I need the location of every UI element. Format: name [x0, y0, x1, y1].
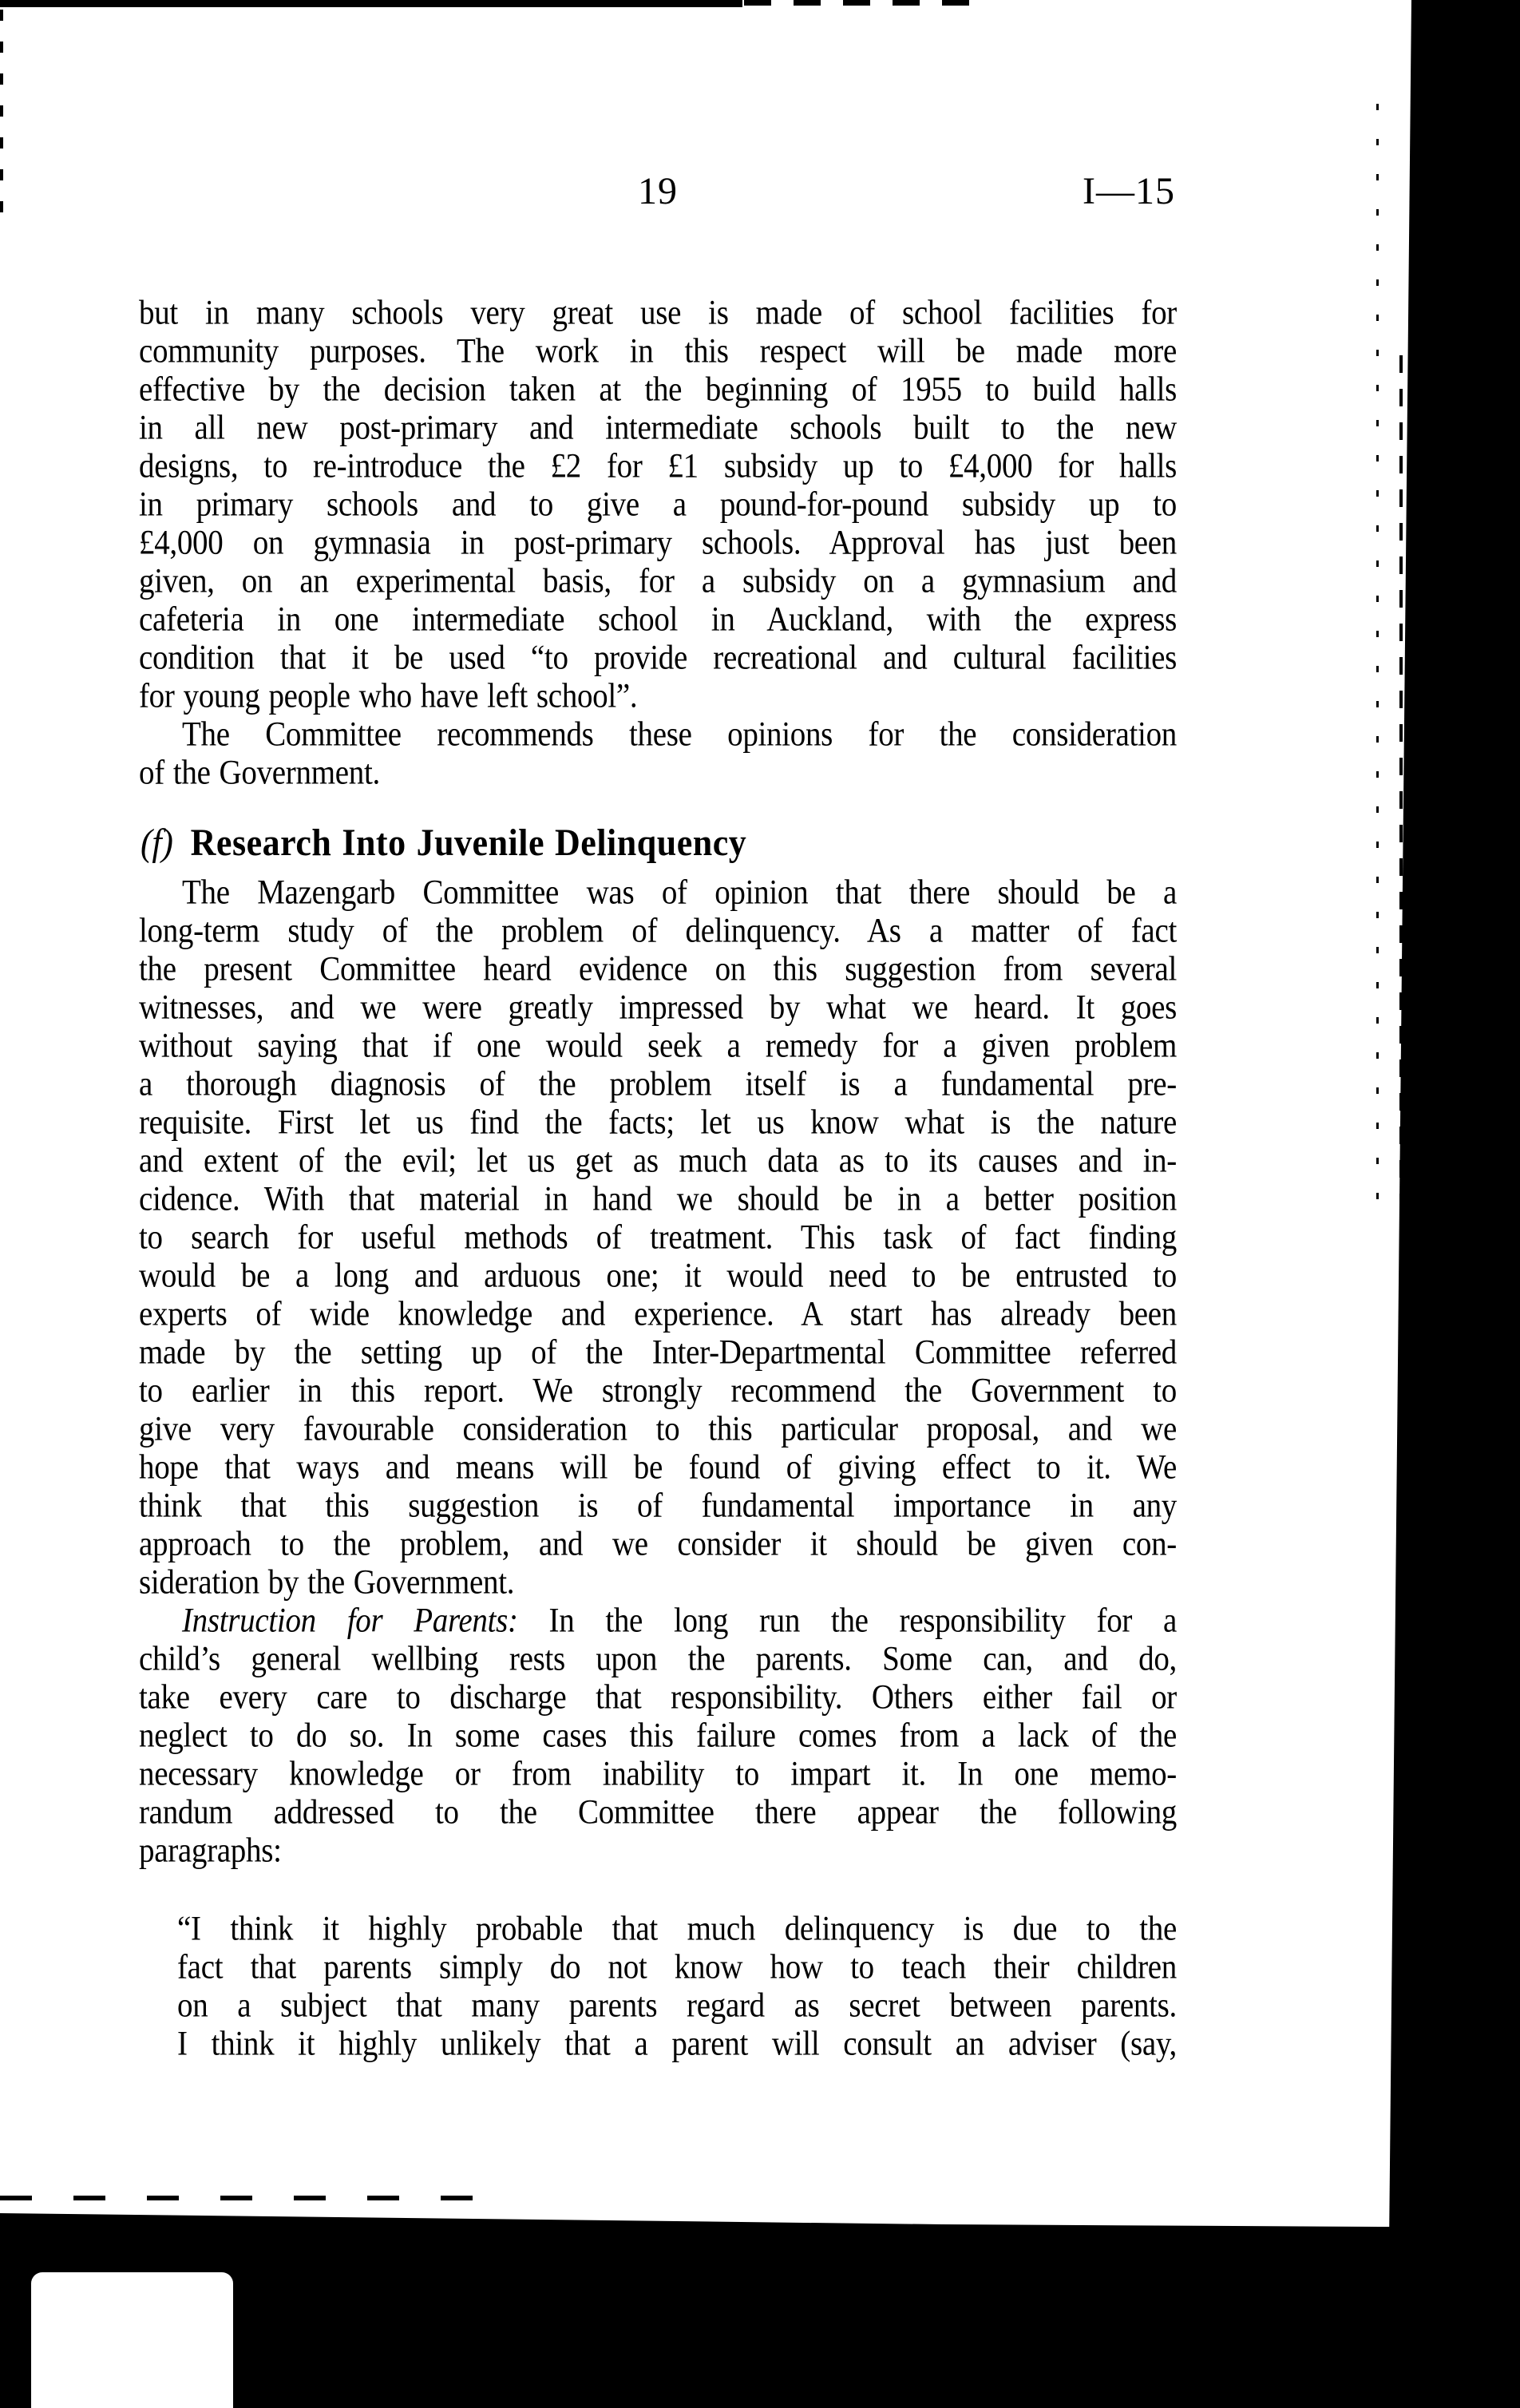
- text-line: given, on an experimental basis, for a s…: [139, 560, 1177, 603]
- text-line: approach to the problem, and we consider…: [139, 1523, 1177, 1566]
- text-line: experts of wide knowledge and experience…: [139, 1293, 1177, 1336]
- text-line: to earlier in this report. We strongly r…: [139, 1369, 1177, 1412]
- paper-corner-tab: [31, 2272, 233, 2408]
- scan-bottom-edge-dashes: [0, 2196, 495, 2200]
- text-line: without saying that if one would seek a …: [139, 1024, 1177, 1067]
- text-line: would be a long and arduous one; it woul…: [139, 1254, 1177, 1297]
- text-line: give very favourable consideration to th…: [139, 1408, 1177, 1451]
- text-line: fact that parents simply do not know how…: [177, 1946, 1177, 1989]
- text-line: effective by the decision taken at the b…: [139, 368, 1177, 411]
- text-line: in all new post-primary and intermediate…: [139, 406, 1177, 450]
- paragraph: The Committee recommends these opinions …: [139, 715, 1177, 792]
- text-line: cafeteria in one intermediate school in …: [139, 598, 1177, 641]
- text-line: of the Government.: [139, 751, 1177, 794]
- text-line: necessary knowledge or from inability to…: [139, 1753, 1177, 1796]
- text-line: paragraphs:: [139, 1829, 1177, 1872]
- scan-speckle-line-inner: [1376, 104, 1379, 1202]
- text-line: requisite. First let us find the facts; …: [139, 1101, 1177, 1144]
- scan-edge-top-dashes: [447, 0, 982, 6]
- text-line: made by the setting up of the Inter-Depa…: [139, 1331, 1177, 1374]
- text-line: to search for useful methods of treatmen…: [139, 1216, 1177, 1259]
- text-line: and extent of the evil; let us get as mu…: [139, 1139, 1177, 1182]
- text-line: on a subject that many parents regard as…: [177, 1984, 1177, 2027]
- text-line: hope that ways and means will be found o…: [139, 1446, 1177, 1489]
- text-line: designs, to re-introduce the £2 for £1 s…: [139, 445, 1177, 488]
- page-number: 19: [139, 171, 1177, 212]
- scanned-page: 19 I—15 but in many schools very great u…: [0, 0, 1520, 2408]
- text-line: cidence. With that material in hand we s…: [139, 1178, 1177, 1221]
- text-line: sideration by the Government.: [139, 1561, 1177, 1604]
- page-header: 19 I—15: [139, 171, 1177, 219]
- text-column: but in many schools very great use is ma…: [139, 294, 1177, 2063]
- text-line: I think it highly unlikely that a parent…: [177, 2022, 1177, 2065]
- text-line: Instruction for Parents: In the long run…: [139, 1599, 1177, 1642]
- paragraph: but in many schools very great use is ma…: [139, 294, 1177, 715]
- paper-number: I—15: [1083, 171, 1175, 212]
- text-line: community purposes. The work in this res…: [139, 330, 1177, 373]
- text-line: long-term study of the problem of delinq…: [139, 909, 1177, 953]
- text-line: the present Committee heard evidence on …: [139, 948, 1177, 991]
- text-line: randum addressed to the Committee there …: [139, 1791, 1177, 1834]
- text-line: for young people who have left school”.: [139, 675, 1177, 718]
- section-heading: (f)Research Into Juvenile Delinquency: [141, 819, 1177, 867]
- heading-prefix: (f): [141, 822, 173, 864]
- text-line: condition that it be used “to provide re…: [139, 636, 1177, 679]
- text-line: “I think it highly probable that much de…: [177, 1907, 1177, 1951]
- scan-speckle-line-outer: [1399, 355, 1403, 2204]
- block-quote: “I think it highly probable that much de…: [177, 1910, 1177, 2063]
- text-line: a thorough diagnosis of the problem itse…: [139, 1063, 1177, 1106]
- text-line: The Mazengarb Committee was of opinion t…: [139, 871, 1177, 914]
- text-line: in primary schools and to give a pound-f…: [139, 483, 1177, 526]
- text-line: think that this suggestion is of fundame…: [139, 1484, 1177, 1527]
- text-line: neglect to do so. In some cases this fai…: [139, 1714, 1177, 1757]
- paragraph: The Mazengarb Committee was of opinion t…: [139, 873, 1177, 1602]
- text-line: take every care to discharge that respon…: [139, 1676, 1177, 1719]
- paragraph: Instruction for Parents: In the long run…: [139, 1602, 1177, 1870]
- text-line: but in many schools very great use is ma…: [139, 291, 1177, 335]
- text-line: The Committee recommends these opinions …: [139, 713, 1177, 756]
- scan-edge-left-marks: [0, 10, 3, 213]
- heading-text: Research Into Juvenile Delinquency: [191, 822, 747, 864]
- text-line: child’s general wellbing rests upon the …: [139, 1638, 1177, 1681]
- text-line: witnesses, and we were greatly impressed…: [139, 986, 1177, 1029]
- italic-lead: Instruction for Parents:: [182, 1601, 518, 1639]
- text-line: £4,000 on gymnasia in post-primary schoo…: [139, 521, 1177, 564]
